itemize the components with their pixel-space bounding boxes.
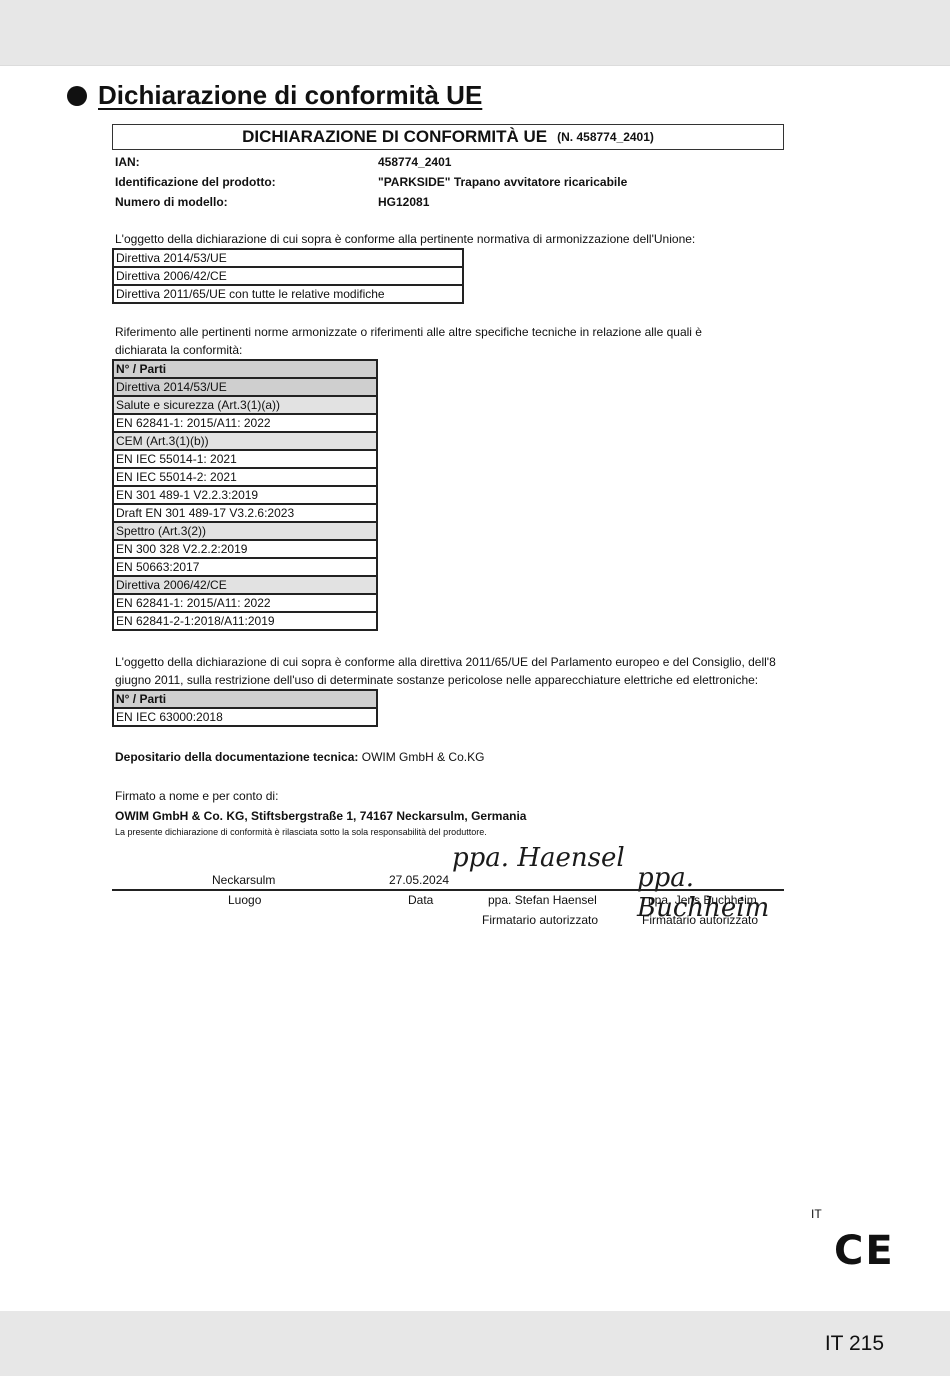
- standard-cell: Salute e sicurezza (Art.3(1)(a)): [113, 396, 377, 414]
- signer1-role: Firmatario autorizzato: [482, 913, 598, 927]
- signer1-name: ppa. Stefan Haensel: [488, 893, 597, 907]
- signature-line: [112, 889, 784, 891]
- ce-mark-icon: CE: [834, 1228, 895, 1274]
- directive-cell: Direttiva 2011/65/UE con tutte le relati…: [113, 285, 463, 303]
- page-header-band: [0, 0, 950, 66]
- signed-on-behalf: Firmato a nome e per conto di:: [115, 787, 784, 805]
- standard-cell: Draft EN 301 489-17 V3.2.6:2023: [113, 504, 377, 522]
- standard-cell: EN 300 328 V2.2.2:2019: [113, 540, 377, 558]
- standard-cell: EN IEC 63000:2018: [113, 708, 377, 726]
- place-value: Neckarsulm: [212, 873, 275, 887]
- field-value: 458774_2401: [378, 155, 451, 169]
- table-header-row: N° / Parti: [113, 690, 377, 708]
- table-row: EN IEC 55014-1: 2021: [113, 450, 377, 468]
- rohs-table: N° / PartiEN IEC 63000:2018: [112, 689, 378, 727]
- directive-cell: Direttiva 2006/42/CE: [113, 267, 463, 285]
- depositary-label: Depositario della documentazione tecnica…: [115, 750, 358, 764]
- field-row: Numero di modello:HG12081: [115, 192, 784, 212]
- responsibility-note: La presente dichiarazione di conformità …: [115, 825, 784, 839]
- table-row: EN 301 489-1 V2.2.3:2019: [113, 486, 377, 504]
- signature-haensel: ppa. Haensel: [452, 843, 625, 873]
- field-row: Identificazione del prodotto:"PARKSIDE" …: [115, 172, 784, 192]
- table-row: Direttiva 2006/42/CE: [113, 576, 377, 594]
- date-value: 27.05.2024: [389, 873, 449, 887]
- section-heading: Dichiarazione di conformità UE: [67, 80, 482, 111]
- table-header: N° / Parti: [113, 690, 377, 708]
- depositary-value: OWIM GmbH & Co.KG: [362, 750, 485, 764]
- table-row: CEM (Art.3(1)(b)): [113, 432, 377, 450]
- standard-cell: Direttiva 2014/53/UE: [113, 378, 377, 396]
- table-row: Direttiva 2014/53/UE: [113, 378, 377, 396]
- table-row: EN IEC 55014-2: 2021: [113, 468, 377, 486]
- standards-intro: Riferimento alle pertinenti norme armoni…: [115, 323, 755, 359]
- rohs-intro: L'oggetto della dichiarazione di cui sop…: [115, 653, 785, 689]
- standard-cell: Direttiva 2006/42/CE: [113, 576, 377, 594]
- table-row: EN 50663:2017: [113, 558, 377, 576]
- standards-table: N° / PartiDirettiva 2014/53/UESalute e s…: [112, 359, 378, 631]
- union-directives-table: Direttiva 2014/53/UEDirettiva 2006/42/CE…: [112, 248, 464, 304]
- field-label: Identificazione del prodotto:: [115, 175, 378, 189]
- date-label: Data: [408, 893, 433, 907]
- directive-cell: Direttiva 2014/53/UE: [113, 249, 463, 267]
- language-label: IT: [811, 1207, 822, 1221]
- table-row: Direttiva 2011/65/UE con tutte le relati…: [113, 285, 463, 303]
- table-row: Spettro (Art.3(2)): [113, 522, 377, 540]
- section-title: Dichiarazione di conformità UE: [98, 80, 482, 111]
- union-intro: L'oggetto della dichiarazione di cui sop…: [115, 230, 784, 248]
- standard-cell: EN 301 489-1 V2.2.3:2019: [113, 486, 377, 504]
- company-address: OWIM GmbH & Co. KG, Stiftsbergstraße 1, …: [115, 807, 784, 825]
- declaration-title-box: DICHIARAZIONE DI CONFORMITÀ UE (N. 45877…: [112, 124, 784, 150]
- standard-cell: EN 62841-1: 2015/A11: 2022: [113, 594, 377, 612]
- field-row: IAN:458774_2401: [115, 152, 784, 172]
- table-row: EN 300 328 V2.2.2:2019: [113, 540, 377, 558]
- declaration-title: DICHIARAZIONE DI CONFORMITÀ UE: [242, 127, 547, 147]
- field-value: "PARKSIDE" Trapano avvitatore ricaricabi…: [378, 175, 627, 189]
- table-row: EN 62841-2-1:2018/A11:2019: [113, 612, 377, 630]
- standard-cell: EN IEC 55014-2: 2021: [113, 468, 377, 486]
- standard-cell: EN 62841-1: 2015/A11: 2022: [113, 414, 377, 432]
- field-value: HG12081: [378, 195, 429, 209]
- place-label: Luogo: [228, 893, 261, 907]
- standard-cell: EN IEC 55014-1: 2021: [113, 450, 377, 468]
- signer2-role: Firmatario autorizzato: [642, 913, 758, 927]
- table-header: N° / Parti: [113, 360, 377, 378]
- field-label: Numero di modello:: [115, 195, 378, 209]
- table-row: Salute e sicurezza (Art.3(1)(a)): [113, 396, 377, 414]
- page-footer-band: [0, 1311, 950, 1376]
- signer2-name: ppa. Jens Buchheim: [648, 893, 757, 907]
- table-row: EN IEC 63000:2018: [113, 708, 377, 726]
- table-row: EN 62841-1: 2015/A11: 2022: [113, 594, 377, 612]
- page-number: IT 215: [825, 1332, 884, 1356]
- field-label: IAN:: [115, 155, 378, 169]
- depositary-line: Depositario della documentazione tecnica…: [115, 748, 784, 766]
- product-fields: IAN:458774_2401Identificazione del prodo…: [112, 152, 784, 212]
- table-row: Direttiva 2014/53/UE: [113, 249, 463, 267]
- standard-cell: Spettro (Art.3(2)): [113, 522, 377, 540]
- table-row: Draft EN 301 489-17 V3.2.6:2023: [113, 504, 377, 522]
- signature-block: Neckarsulm 27.05.2024 ppa. Haensel ppa. …: [112, 839, 784, 919]
- standard-cell: EN 62841-2-1:2018/A11:2019: [113, 612, 377, 630]
- table-row: Direttiva 2006/42/CE: [113, 267, 463, 285]
- table-header-row: N° / Parti: [113, 360, 377, 378]
- standard-cell: EN 50663:2017: [113, 558, 377, 576]
- declaration-number: (N. 458774_2401): [557, 130, 654, 144]
- table-row: EN 62841-1: 2015/A11: 2022: [113, 414, 377, 432]
- declaration-document: DICHIARAZIONE DI CONFORMITÀ UE (N. 45877…: [112, 124, 784, 919]
- standard-cell: CEM (Art.3(1)(b)): [113, 432, 377, 450]
- bullet-icon: [67, 86, 87, 106]
